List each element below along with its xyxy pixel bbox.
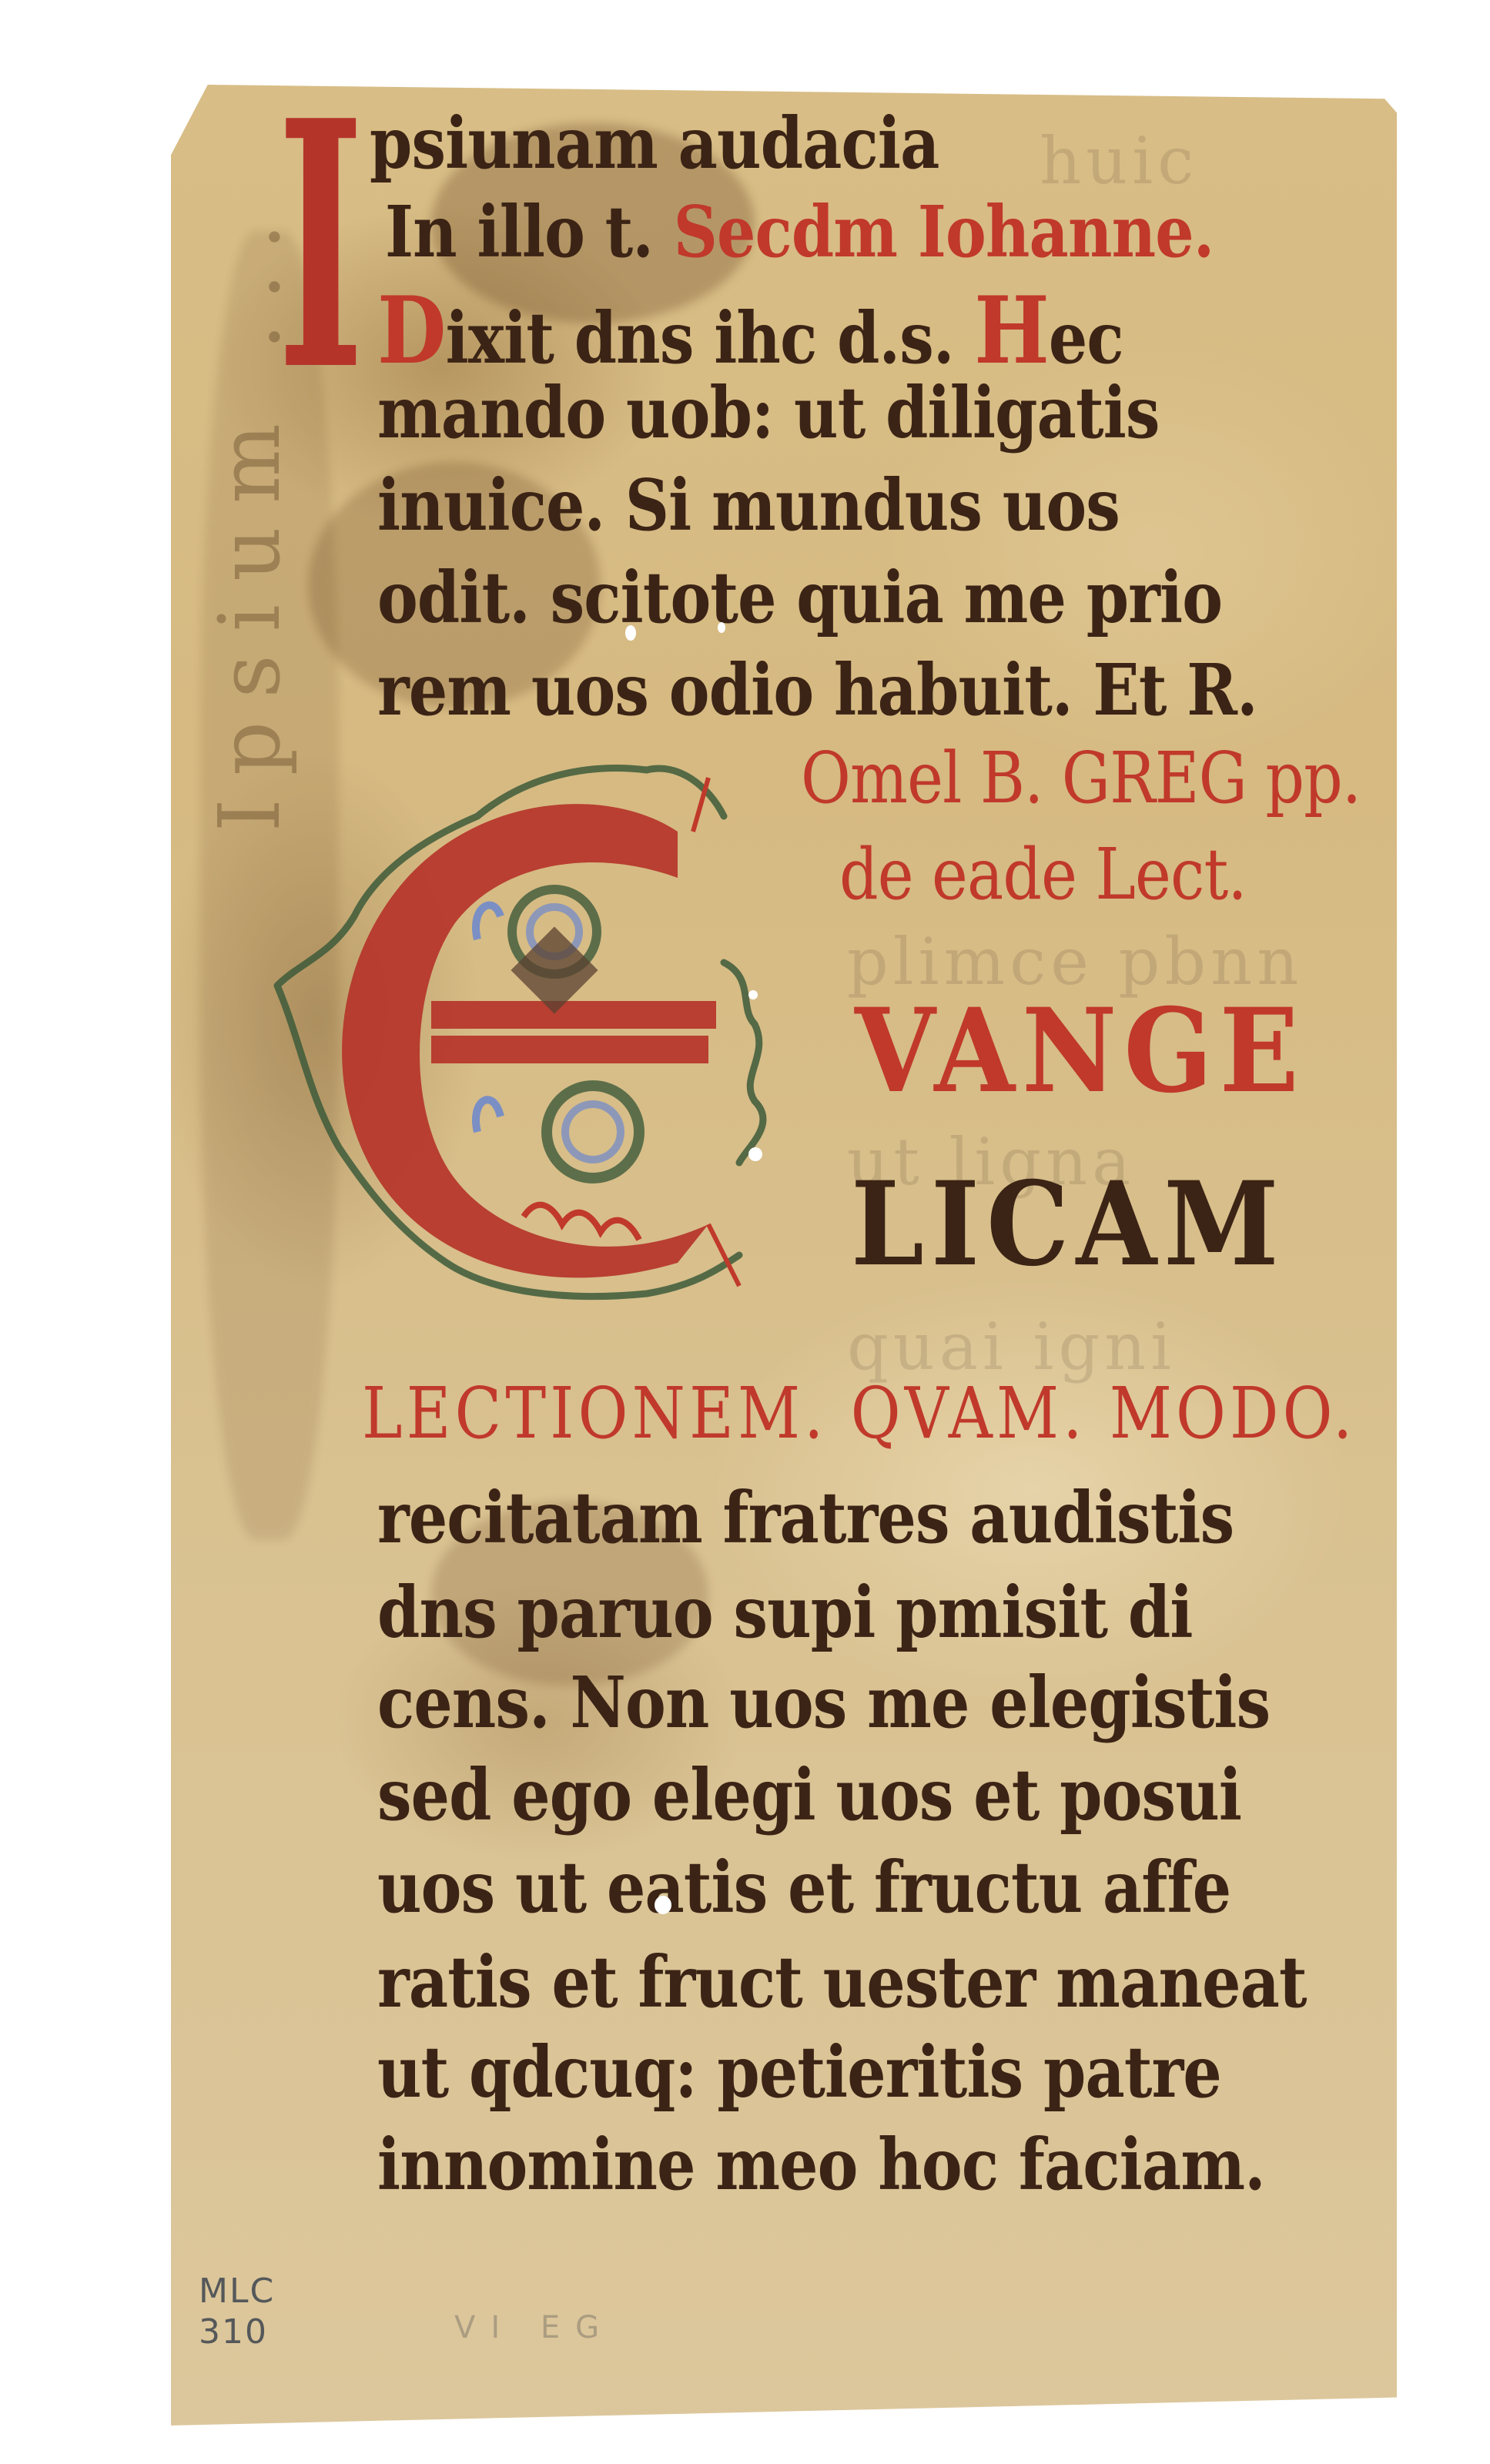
text-line-b2: dns paruo supi pmisit di	[377, 1577, 1193, 1648]
line-text: odit. scitote quia me prio	[377, 556, 1222, 639]
text-line-b5: uos ut eatis et fructu affe	[377, 1852, 1231, 1923]
line-text: cens. Non uos me elegistis	[377, 1661, 1270, 1744]
line-text: mando uob: ut diligatis	[377, 371, 1160, 454]
shelfmark-line-2: 310	[199, 2312, 275, 2353]
parchment-hole	[625, 625, 636, 641]
shelfmark-line-1: MLC	[199, 2271, 275, 2312]
line-text: innomine meo hoc faciam.	[377, 2123, 1265, 2206]
line-text: rem uos odio habuit. Et R.	[377, 648, 1257, 731]
pencil-note: VI EG	[454, 2310, 614, 2345]
text-line-b3: cens. Non uos me elegistis	[377, 1667, 1270, 1738]
line-text: ratis et fruct uester maneat	[377, 1940, 1307, 2024]
line-text: In illo t.	[385, 190, 653, 273]
text-line-6: odit. scitote quia me prio	[377, 562, 1222, 633]
decorated-initial-E: E	[246, 731, 801, 1347]
rubric-line-1: Omel B. GREG pp.	[801, 743, 1361, 814]
text-line-7: rem uos odio habuit. Et R.	[377, 654, 1257, 725]
text-line-b7: ut qdcuq: petieritis patre	[377, 2037, 1221, 2107]
line-text: recitatam fratres audistis	[377, 1476, 1234, 1559]
parchment-hole	[748, 990, 758, 999]
text-line-b4: sed ego elegi uos et posui	[377, 1759, 1241, 1830]
lection-heading: LECTIONEM. QVAM. MODO.	[362, 1378, 1356, 1449]
rubric-initial-D: D	[377, 276, 446, 385]
parchment-hole	[748, 1147, 762, 1161]
display-line-licam: LICAM	[851, 1167, 1286, 1282]
parchment-hole	[655, 1896, 671, 1914]
initial-I: I	[277, 77, 364, 416]
bleed-through-text: huic	[1040, 123, 1198, 199]
text-line-1: psiunam audacia	[370, 108, 939, 179]
text-line-2: In illo t. Secdm Iohanne.	[385, 196, 1214, 267]
rubric-line-2: de eade Lect.	[839, 839, 1247, 910]
text-line-b8: innomine meo hoc faciam.	[377, 2129, 1265, 2200]
text-line-4: mando uob: ut diligatis	[377, 377, 1160, 448]
display-line-vange: VANGE	[855, 993, 1306, 1109]
line-text: psiunam audacia	[370, 102, 939, 185]
line-text: ut qdcuq: petieritis patre	[377, 2030, 1221, 2114]
line-text: ec	[1049, 296, 1123, 380]
display-text: LICAM	[851, 1157, 1286, 1292]
line-text: sed ego elegi uos et posui	[377, 1753, 1241, 1836]
parchment-hole	[718, 622, 725, 633]
text-line-5: inuice. Si mundus uos	[377, 470, 1120, 541]
line-text: inuice. Si mundus uos	[377, 464, 1120, 547]
text-line-b6: ratis et fruct uester maneat	[377, 1947, 1307, 2017]
rubric-text: LECTIONEM. QVAM. MODO.	[362, 1372, 1356, 1455]
line-text: uos ut eatis et fructu affe	[377, 1846, 1231, 1929]
line-text: ixit dns ihc d.s.	[446, 296, 954, 380]
text-line-b1: recitatam fratres audistis	[377, 1482, 1234, 1553]
text-line-3: Dixit dns ihc d.s. Hec	[377, 285, 1123, 377]
rubric-text: Secdm Iohanne.	[674, 190, 1214, 273]
rubric-text: de eade Lect.	[839, 833, 1247, 916]
display-text: VANGE	[855, 983, 1306, 1119]
shelfmark: MLC 310	[199, 2271, 275, 2353]
line-text: dns paruo supi pmisit di	[377, 1571, 1193, 1654]
rubric-initial-H: H	[974, 276, 1049, 385]
rubric-text: Omel B. GREG pp.	[801, 737, 1361, 819]
